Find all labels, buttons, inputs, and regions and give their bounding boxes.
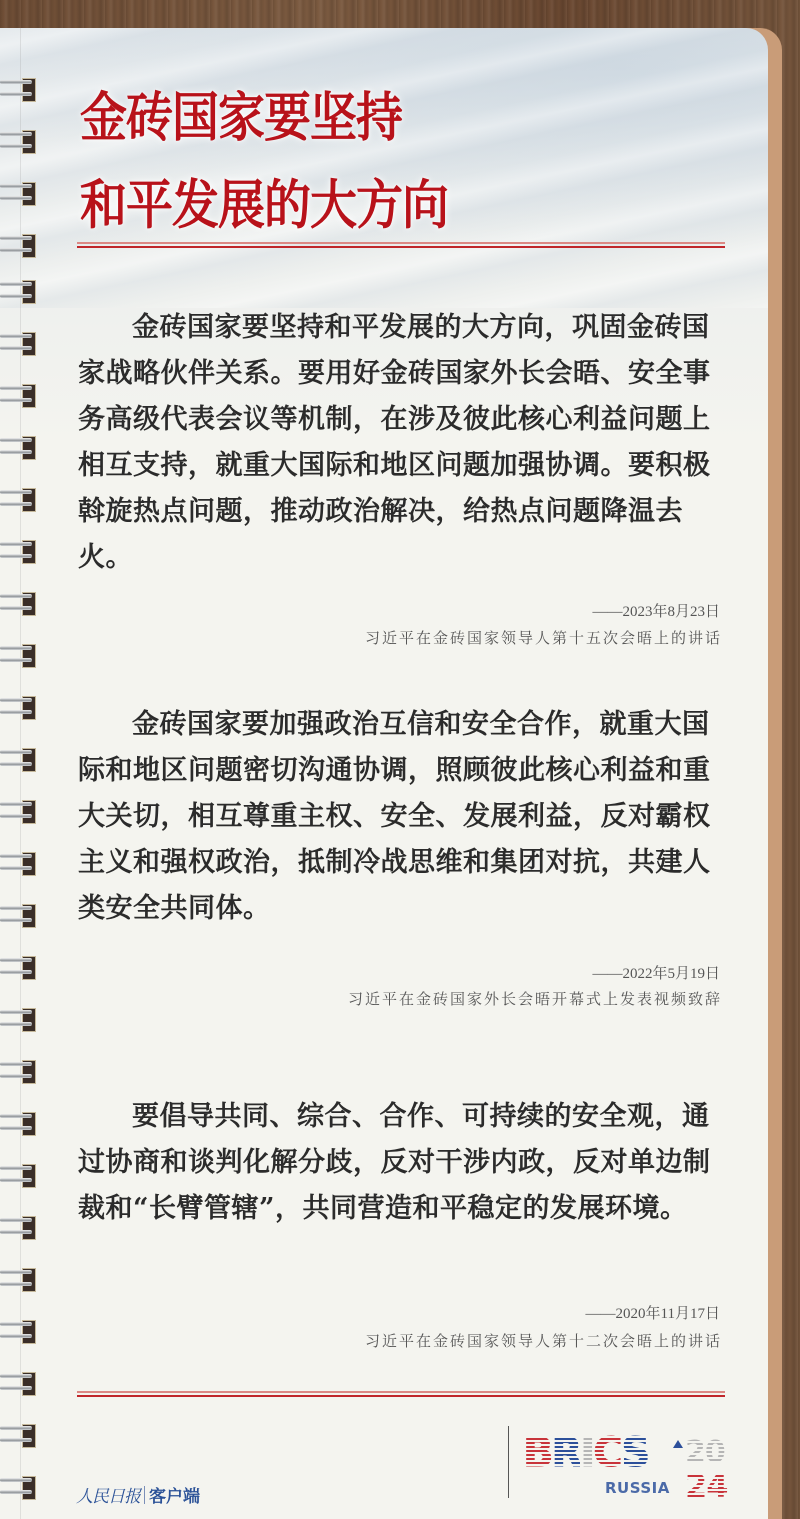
spiral-ring-icon <box>0 384 36 408</box>
bottom-divider <box>77 1391 725 1397</box>
spiral-ring-icon <box>0 130 36 154</box>
quote-2-text: 金砖国家要加强政治互信和安全合作，就重大国际和地区问题密切沟通协调，照顾彼此核心… <box>78 702 730 932</box>
brics-letter-c: C <box>593 1430 621 1476</box>
page-title: 金砖国家要坚持 和平发展的大方向 <box>80 75 448 250</box>
spiral-ring-icon <box>0 182 36 206</box>
spiral-ring-icon <box>0 1164 36 1188</box>
spiral-ring-icon <box>0 280 36 304</box>
top-divider <box>77 242 725 248</box>
spiral-ring-icon <box>0 1060 36 1084</box>
people-daily-script-logo: 人民日报 <box>76 1482 140 1507</box>
quote-1-text: 金砖国家要坚持和平发展的大方向，巩固金砖国家战略伙伴关系。要用好金砖国家外长会晤… <box>78 305 730 581</box>
spiral-ring-icon <box>0 1372 36 1396</box>
brics-letter-b: B <box>523 1430 552 1476</box>
spiral-ring-icon <box>0 1320 36 1344</box>
brics-year-top: 20 <box>685 1435 725 1470</box>
spiral-ring-icon <box>0 436 36 460</box>
brics-letter-i: I <box>580 1430 593 1476</box>
spiral-ring-icon <box>0 1008 36 1032</box>
quote-2-date: ——2022年5月19日 <box>592 962 720 983</box>
spiral-ring-icon <box>0 540 36 564</box>
spiral-ring-icon <box>0 644 36 668</box>
spiral-ring-icon <box>0 904 36 928</box>
quote-2-source: 习近平在金砖国家外长会晤开幕式上发表视频致辞 <box>348 988 722 1009</box>
quote-1-source: 习近平在金砖国家领导人第十五次会晤上的讲话 <box>365 627 722 648</box>
spiral-ring-icon <box>0 696 36 720</box>
logo-separator <box>144 1486 145 1504</box>
spiral-ring-icon <box>0 956 36 980</box>
spiral-binding <box>0 0 40 1519</box>
quote-3-date: ——2020年11月17日 <box>586 1302 720 1323</box>
people-daily-client-logo: 人民日报 客户端 <box>76 1482 200 1507</box>
spiral-ring-icon <box>0 592 36 616</box>
brics-letter-s: S <box>621 1430 648 1476</box>
brics-2024-russia-logo: BRICS 20 24 RUSSIA <box>523 1433 733 1503</box>
spiral-ring-icon <box>0 1112 36 1136</box>
quote-3-text: 要倡导共同、综合、合作、可持续的安全观，通过协商和谈判化解分歧，反对干涉内政，反… <box>78 1094 730 1232</box>
brics-wordmark: BRICS <box>523 1433 648 1473</box>
spiral-ring-icon <box>0 800 36 824</box>
spiral-ring-icon <box>0 332 36 356</box>
spiral-ring-icon <box>0 488 36 512</box>
client-label: 客户端 <box>149 1482 200 1507</box>
spiral-ring-icon <box>0 1216 36 1240</box>
brics-letter-r: R <box>552 1430 581 1476</box>
brics-country-label: RUSSIA <box>605 1479 670 1497</box>
spiral-ring-icon <box>0 1268 36 1292</box>
spiral-ring-icon <box>0 234 36 258</box>
title-line-2: 和平发展的大方向 <box>80 162 448 249</box>
brics-year-bottom: 24 <box>685 1467 728 1505</box>
quote-3-source: 习近平在金砖国家领导人第十二次会晤上的讲话 <box>365 1330 722 1351</box>
spiral-ring-icon <box>0 1424 36 1448</box>
footer-vertical-divider <box>508 1426 509 1498</box>
spiral-ring-icon <box>0 78 36 102</box>
title-line-1: 金砖国家要坚持 <box>80 75 448 162</box>
spiral-ring-icon <box>0 748 36 772</box>
spiral-ring-icon <box>0 852 36 876</box>
quote-1-date: ——2023年8月23日 <box>592 600 720 621</box>
spiral-ring-icon <box>0 1476 36 1500</box>
triangle-icon <box>673 1440 683 1448</box>
